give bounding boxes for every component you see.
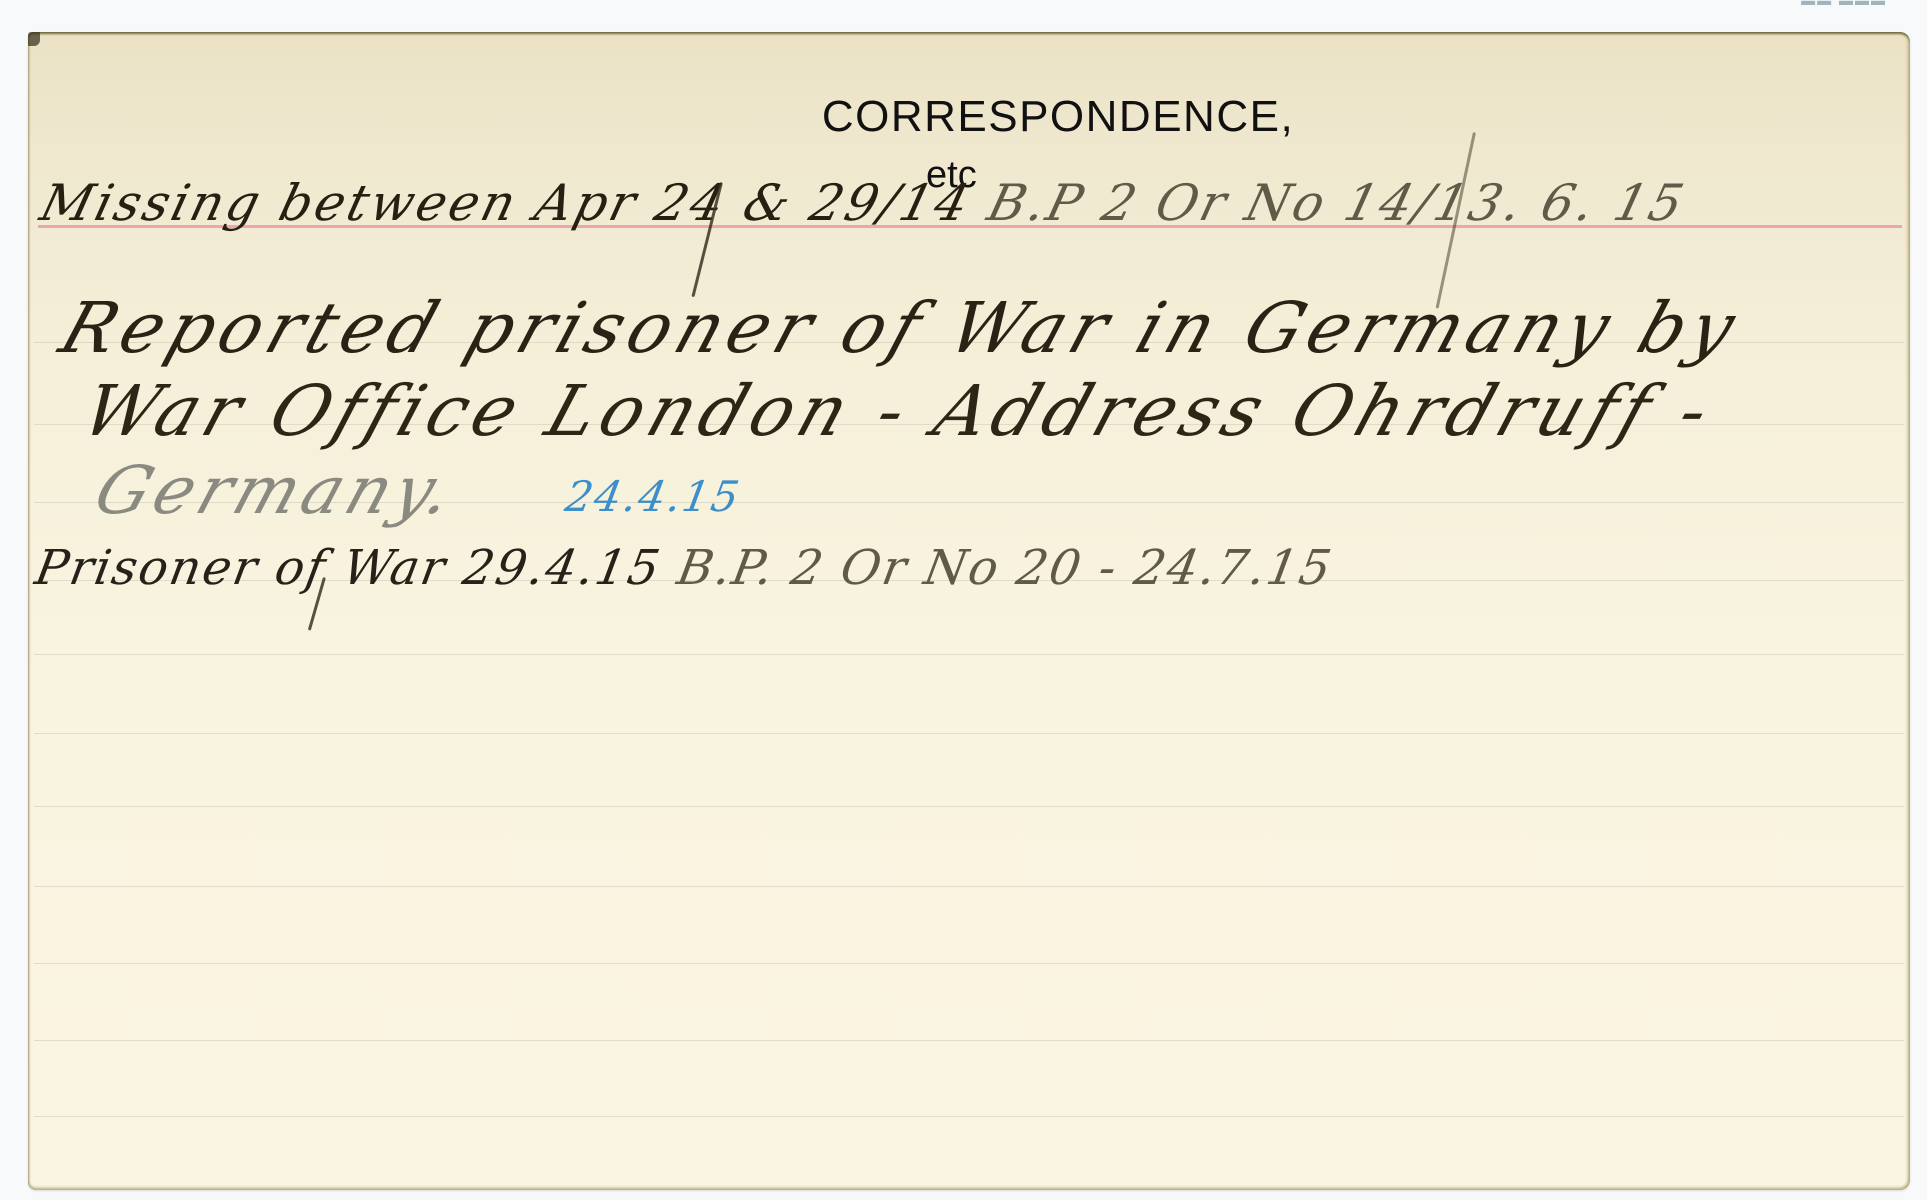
ruled-line xyxy=(34,654,1904,655)
entry-missing: Missing between Apr 24 & 29/14 B.P 2 Or … xyxy=(35,174,1692,232)
ruled-line xyxy=(34,886,1904,887)
entry-pow-part-a: Prisoner of War 29.4.15 xyxy=(31,540,683,596)
entry-germany-date: 24.4.15 xyxy=(562,472,745,521)
cropped-top-text: ▬▬ ▬▬▬ xyxy=(1801,0,1887,8)
correspondence-card: CORRESPONDENCE, etc Missing between Apr … xyxy=(28,32,1910,1190)
card-heading: CORRESPONDENCE, xyxy=(28,92,1910,142)
ruled-line xyxy=(34,1116,1904,1117)
corner-mark xyxy=(28,32,40,46)
entry-reported-prisoner: Reported prisoner of War in Germany by xyxy=(51,287,1751,369)
ruled-line xyxy=(34,733,1904,734)
entry-pow-part-b: B.P. 2 Or No 20 - 24.7.15 xyxy=(673,540,1337,596)
entry-missing-part-a: Missing between Apr 24 xyxy=(35,174,752,232)
entry-prisoner-of-war: Prisoner of War 29.4.15 B.P. 2 Or No 20 … xyxy=(31,540,1337,596)
ruled-line xyxy=(34,1040,1904,1041)
heading-text: CORRESPONDENCE, xyxy=(822,92,1294,141)
ruled-line xyxy=(34,963,1904,964)
entry-missing-part-c: B.P 2 Or No 14/13. 6. 15 xyxy=(963,174,1692,232)
entry-war-office: War Office London - Address Ohrdruff - xyxy=(73,370,1726,452)
ruled-line xyxy=(34,806,1904,807)
entry-germany: Germany. xyxy=(85,452,467,529)
entry-missing-part-b: & 29/14 xyxy=(738,174,978,232)
